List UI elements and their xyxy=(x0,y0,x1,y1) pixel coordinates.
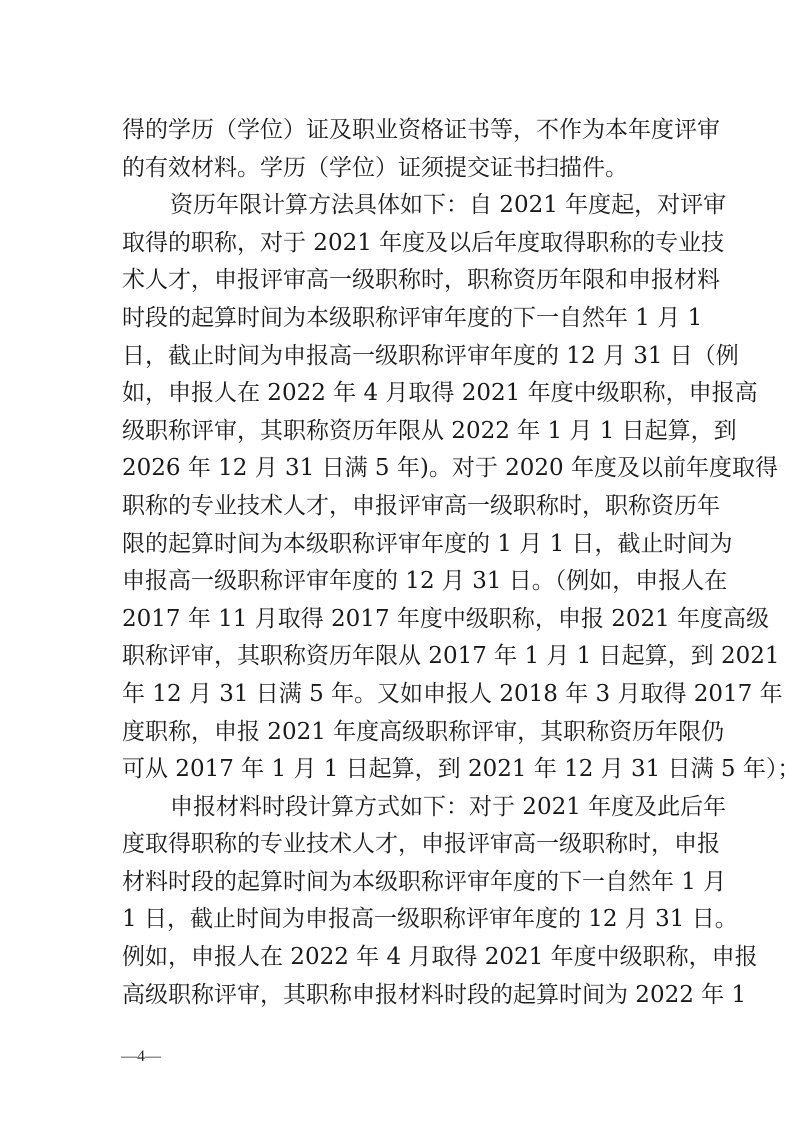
document-page: 得的学历（学位）证及职业资格证书等，不作为本年度评审 的有效材料。学历（学位）证… xyxy=(0,0,800,1131)
text-line: 术人才，申报评审高一级职称时，职称资历年限和申报材料 xyxy=(122,262,678,300)
text-line: 度职称，申报 2021 年度高级职称评审，其职称资历年限仍 xyxy=(122,714,678,752)
text-line: 材料时段的起算时间为本级职称评审年度的下一自然年 1 月 xyxy=(122,864,678,902)
body-text: 得的学历（学位）证及职业资格证书等，不作为本年度评审 的有效材料。学历（学位）证… xyxy=(122,112,678,1014)
text-line: 2017 年 11 月取得 2017 年度中级职称，申报 2021 年度高级 xyxy=(122,601,678,639)
text-line: 例如，申报人在 2022 年 4 月取得 2021 年度中级职称，申报 xyxy=(122,939,678,977)
text-line: 得的学历（学位）证及职业资格证书等，不作为本年度评审 xyxy=(122,112,678,150)
text-line: 年 12 月 31 日满 5 年。又如申报人 2018 年 3 月取得 2017… xyxy=(122,676,678,714)
paragraph-start-line: 资历年限计算方法具体如下：自 2021 年度起，对评审 xyxy=(122,187,678,225)
page-number: —4— xyxy=(121,1048,161,1066)
paragraph-start-line: 申报材料时段计算方式如下：对于 2021 年度及此后年 xyxy=(122,789,678,827)
text-line: 限的起算时间为本级职称评审年度的 1 月 1 日，截止时间为 xyxy=(122,526,678,564)
text-line: 可从 2017 年 1 月 1 日起算，到 2021 年 12 月 31 日满 … xyxy=(122,751,678,789)
text-line: 1 日，截止时间为申报高一级职称评审年度的 12 月 31 日。 xyxy=(122,901,678,939)
text-line: 的有效材料。学历（学位）证须提交证书扫描件。 xyxy=(122,150,678,188)
text-line: 级职称评审，其职称资历年限从 2022 年 1 月 1 日起算，到 xyxy=(122,413,678,451)
text-line: 高级职称评审，其职称申报材料时段的起算时间为 2022 年 1 xyxy=(122,977,678,1015)
text-line: 2026 年 12 月 31 日满 5 年)。对于 2020 年度及以前年度取得 xyxy=(122,450,678,488)
text-line: 职称评审，其职称资历年限从 2017 年 1 月 1 日起算，到 2021 xyxy=(122,638,678,676)
text-line: 日，截止时间为申报高一级职称评审年度的 12 月 31 日（例 xyxy=(122,338,678,376)
text-line: 职称的专业技术人才，申报评审高一级职称时，职称资历年 xyxy=(122,488,678,526)
text-line: 取得的职称，对于 2021 年度及以后年度取得职称的专业技 xyxy=(122,225,678,263)
text-line: 度取得职称的专业技术人才，申报评审高一级职称时，申报 xyxy=(122,826,678,864)
text-line: 申报高一级职称评审年度的 12 月 31 日。（例如，申报人在 xyxy=(122,563,678,601)
text-line: 如，申报人在 2022 年 4 月取得 2021 年度中级职称，申报高 xyxy=(122,375,678,413)
text-line: 时段的起算时间为本级职称评审年度的下一自然年 1 月 1 xyxy=(122,300,678,338)
